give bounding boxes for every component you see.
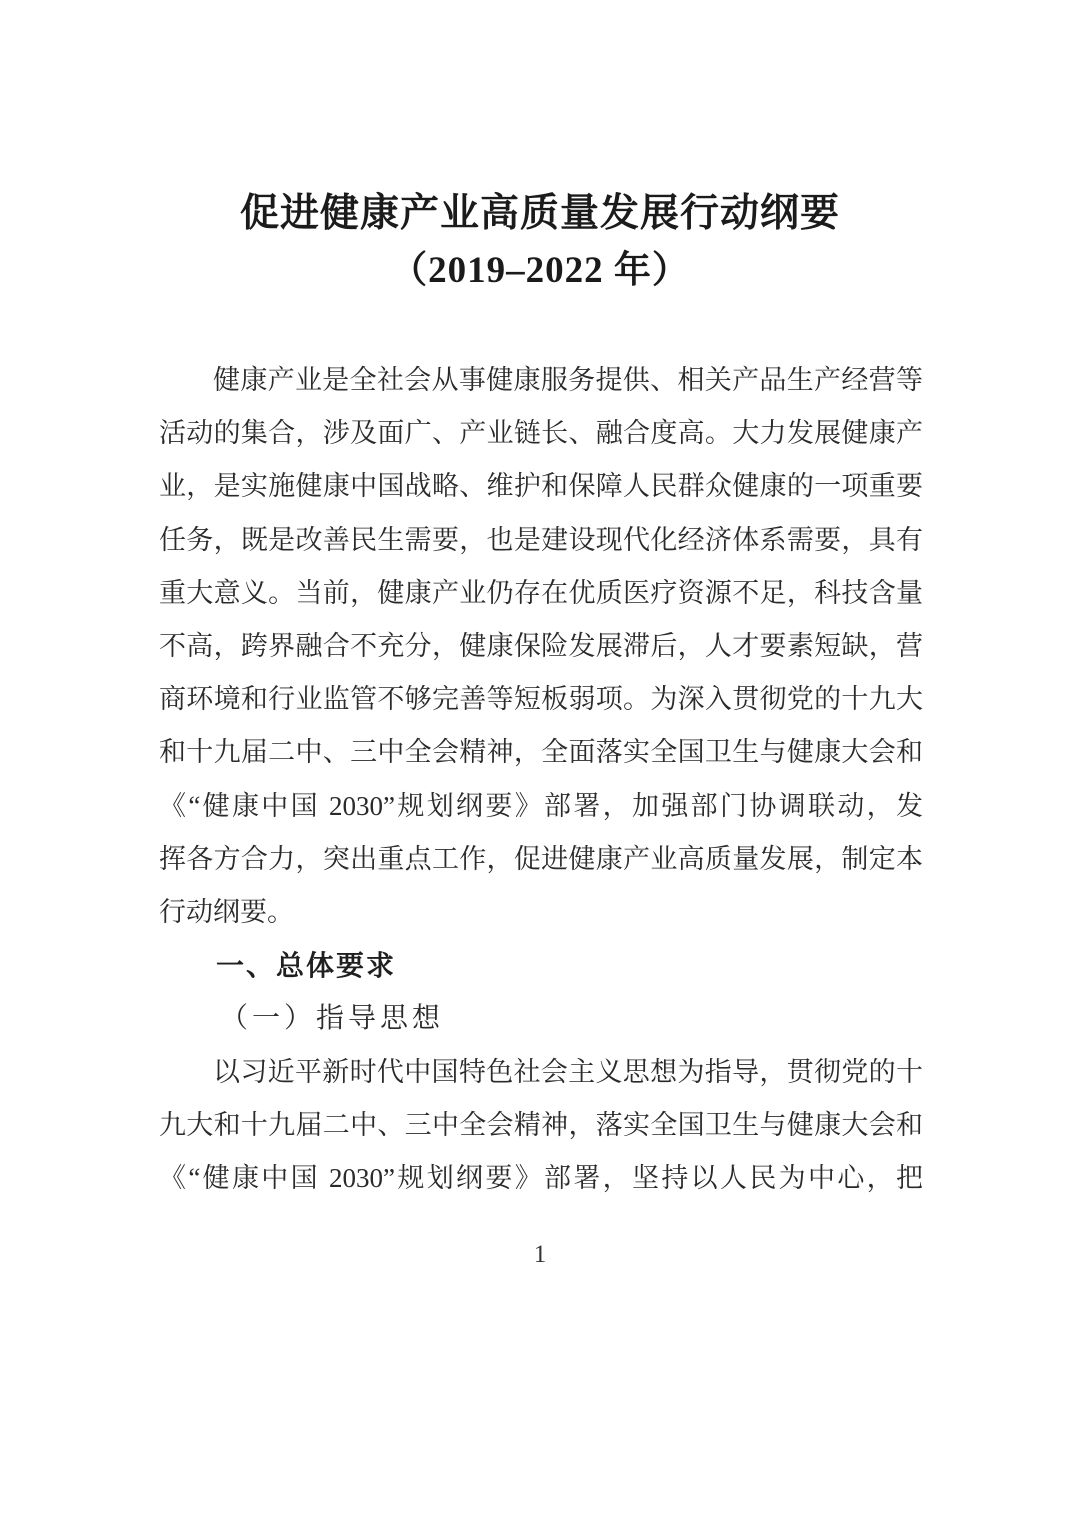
intro-paragraph: 健康产业是全社会从事健康服务提供、相关产品生产经营等 活动的集合，涉及面广、产业… (159, 354, 923, 939)
text-line: 活动的集合，涉及面广、产业链长、融合度高。大力发展健康产 (159, 407, 923, 460)
guiding-ideology-paragraph: 以习近平新时代中国特色社会主义思想为指导，贯彻党的十 九大和十九届二中、三中全会… (159, 1046, 923, 1206)
text-line: 和十九届二中、三中全会精神，全面落实全国卫生与健康大会和 (159, 726, 923, 779)
text-line: 以习近平新时代中国特色社会主义思想为指导，贯彻党的十 (159, 1046, 923, 1099)
document-page: 促进健康产业高质量发展行动纲要 （2019–2022 年） 健康产业是全社会从事… (0, 0, 1080, 1526)
text-line: 业，是实施健康中国战略、维护和保障人民群众健康的一项重要 (159, 460, 923, 513)
text-line: 《“健康中国 2030”规划纲要》部署，坚持以人民为中心，把 (159, 1152, 923, 1205)
document-title-line1: 促进健康产业高质量发展行动纲要 (0, 186, 1080, 242)
subsection-heading-guiding-ideology: （一）指导思想 (159, 992, 923, 1045)
text-line: 挥各方合力，突出重点工作，促进健康产业高质量发展，制定本 (159, 833, 923, 886)
text-line: 行动纲要。 (159, 886, 923, 939)
section-heading-overall-requirements: 一、总体要求 (159, 939, 923, 992)
page-number: 1 (0, 1240, 1080, 1270)
text-line: 健康产业是全社会从事健康服务提供、相关产品生产经营等 (159, 354, 923, 407)
text-line: 《“健康中国 2030”规划纲要》部署，加强部门协调联动，发 (159, 780, 923, 833)
document-title: 促进健康产业高质量发展行动纲要 （2019–2022 年） (0, 186, 1080, 300)
text-line: 九大和十九届二中、三中全会精神，落实全国卫生与健康大会和 (159, 1099, 923, 1152)
text-line: 任务，既是改善民生需要，也是建设现代化经济体系需要，具有 (159, 514, 923, 567)
document-title-line2: （2019–2022 年） (0, 242, 1080, 300)
document-body: 健康产业是全社会从事健康服务提供、相关产品生产经营等 活动的集合，涉及面广、产业… (159, 354, 923, 1205)
text-line: 商环境和行业监管不够完善等短板弱项。为深入贯彻党的十九大 (159, 673, 923, 726)
text-line: 不高，跨界融合不充分，健康保险发展滞后，人才要素短缺，营 (159, 620, 923, 673)
text-line: 重大意义。当前，健康产业仍存在优质医疗资源不足，科技含量 (159, 567, 923, 620)
